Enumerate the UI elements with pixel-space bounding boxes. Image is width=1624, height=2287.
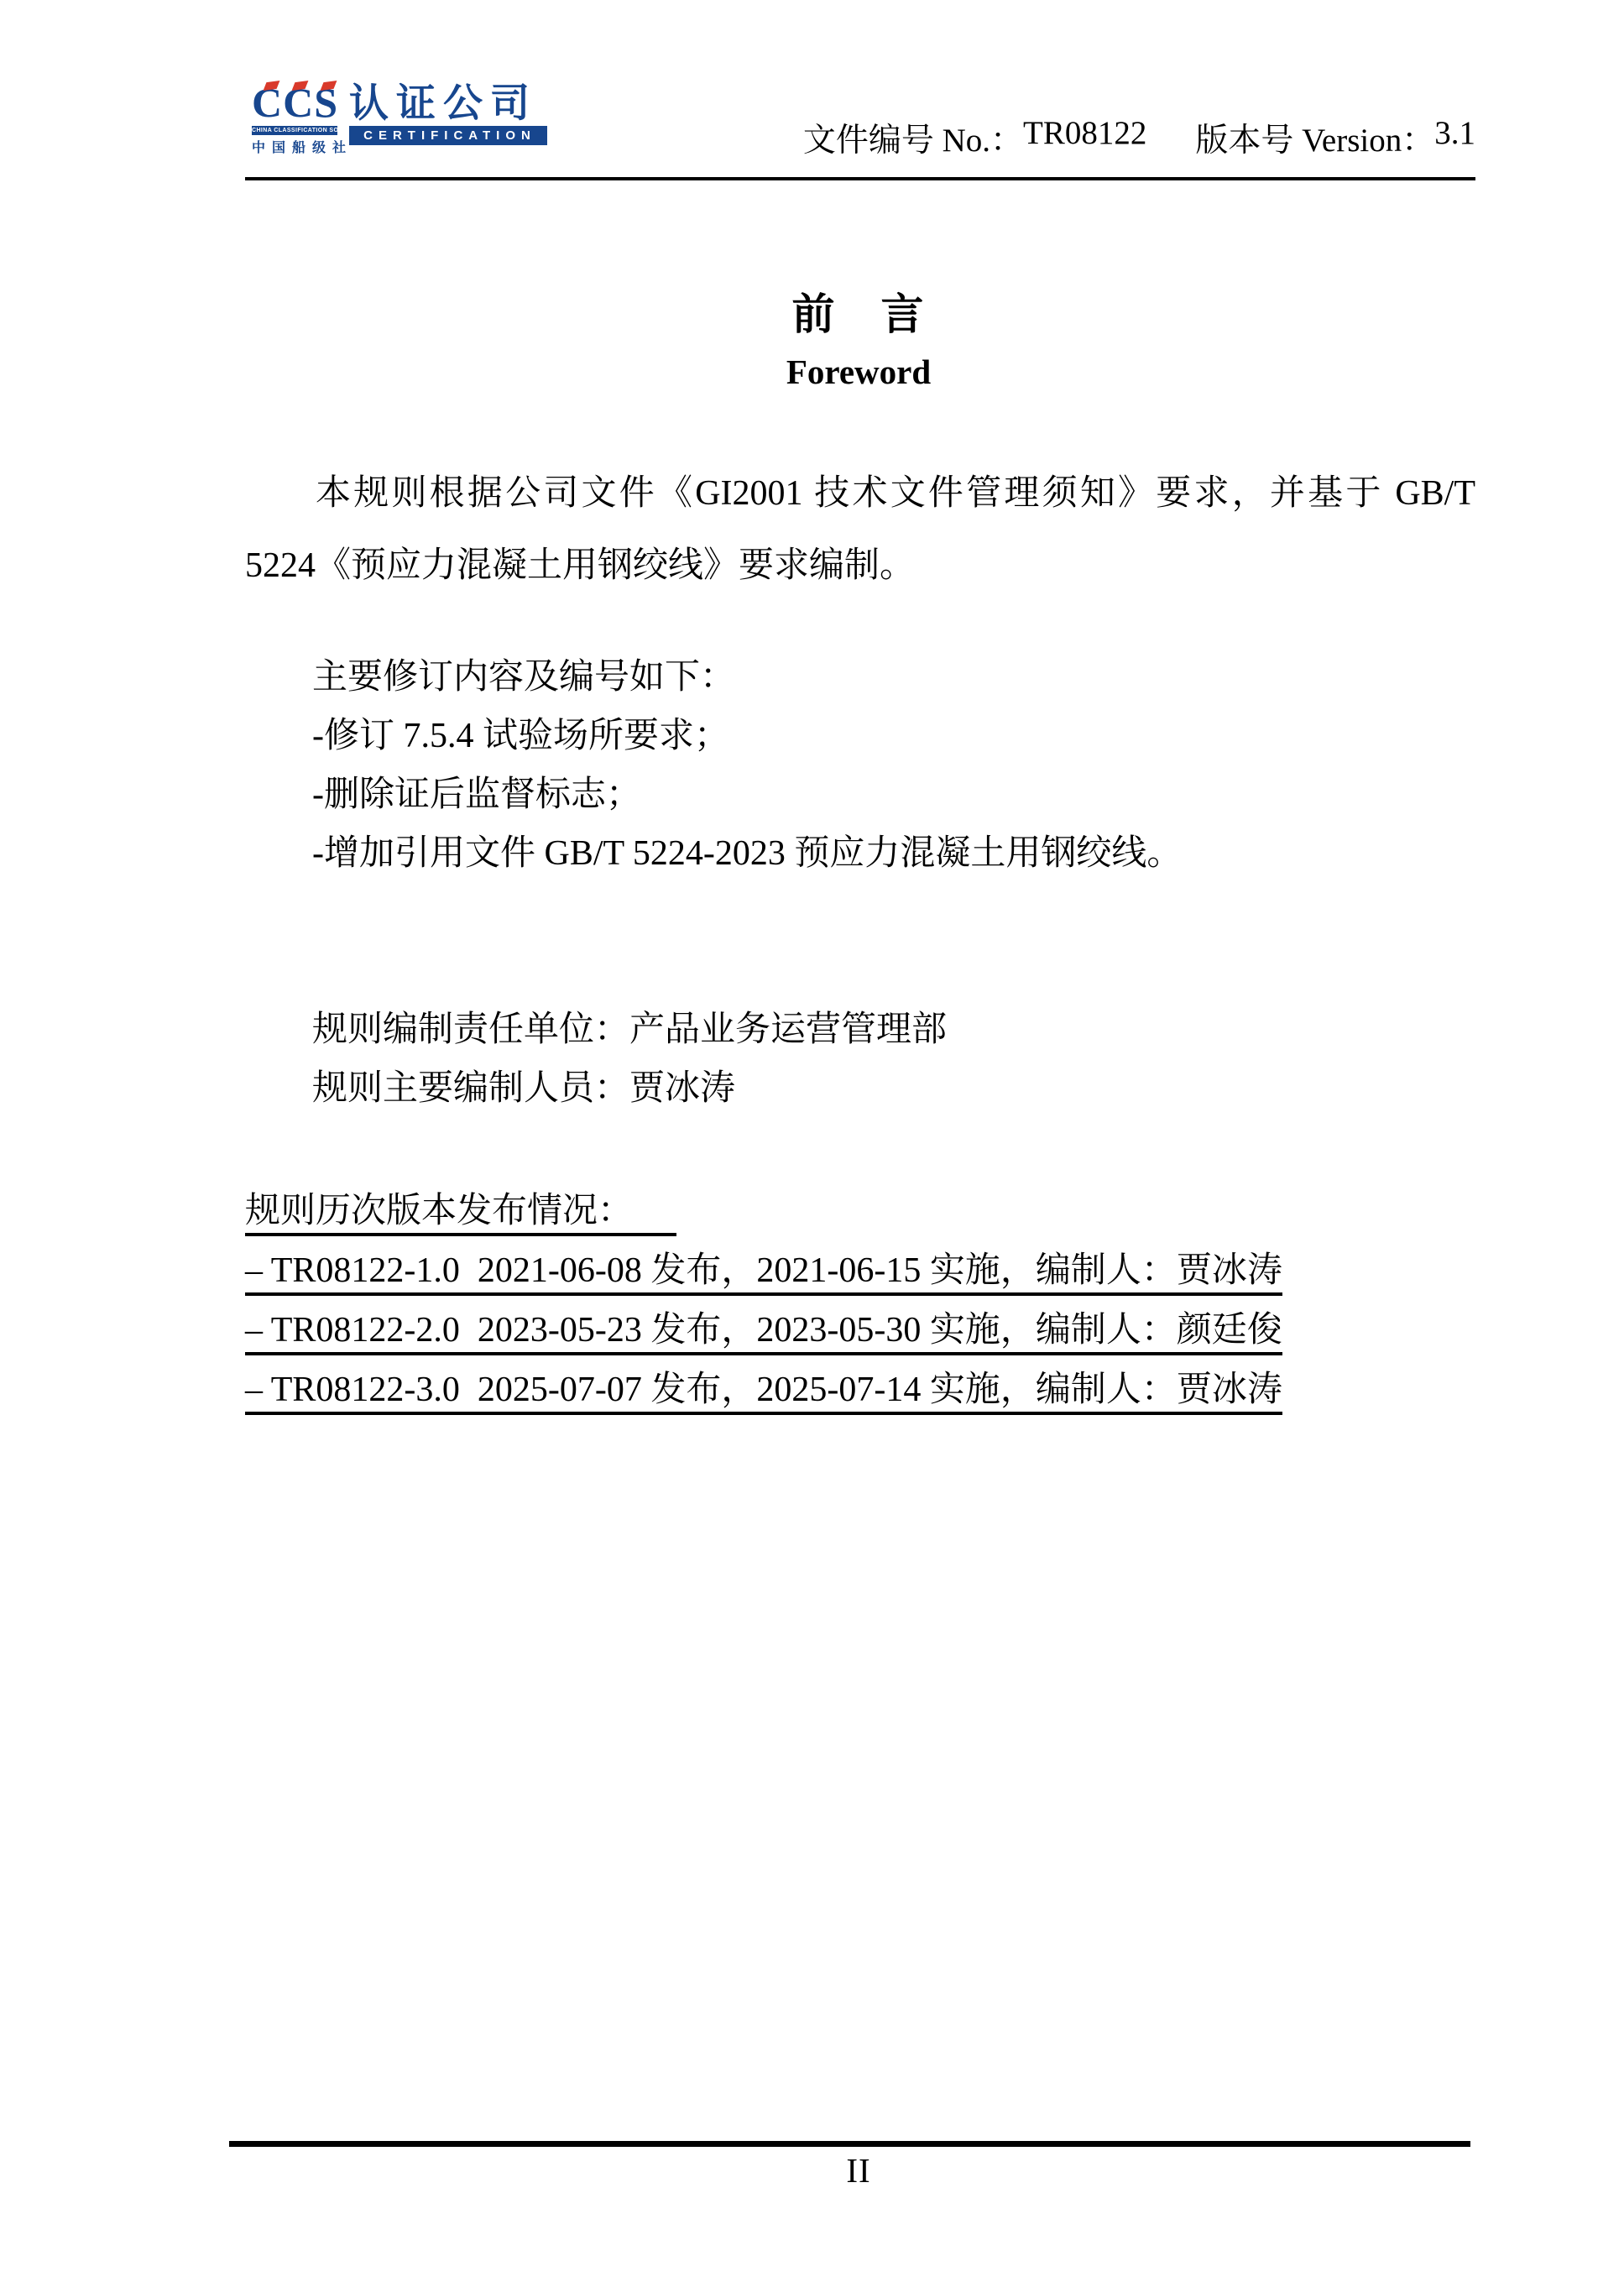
header-rule <box>245 177 1475 180</box>
version-value: 3.1 <box>1434 114 1475 161</box>
revision-item: -增加引用文件 GB/T 5224-2023 预应力混凝土用钢绞线。 <box>312 824 1475 883</box>
history-row: – TR08122-3.0 2025-07-07 发布，2025-07-14 实… <box>245 1360 1475 1420</box>
history-item: – TR08122-1.0 2021-06-08 发布，2021-06-15 实… <box>245 1251 1282 1296</box>
history-heading-row: 规则历次版本发布情况： <box>245 1182 1475 1241</box>
responsible-unit: 规则编制责任单位：产品业务运营管理部 <box>312 1000 1475 1059</box>
header-meta: 文件编号 No.：TR08122版本号 Version：3.1 <box>739 114 1475 161</box>
revision-intro: 主要修订内容及编号如下： <box>312 648 1475 707</box>
version-label: 版本号 Version： <box>1195 114 1434 161</box>
version-history-section: 规则历次版本发布情况： – TR08122-1.0 2021-06-08 发布，… <box>245 1182 1475 1420</box>
page-title-cn: 前 言 <box>243 279 1474 342</box>
ccs-mark: CCS <box>252 84 337 124</box>
ccs-logo-left: CCS CHINA CLASSIFICATION SOCIETY 中 国 船 级… <box>252 84 337 156</box>
history-item: – TR08122-2.0 2023-05-23 发布，2023-05-30 实… <box>245 1310 1282 1355</box>
intro-paragraph: 本规则根据公司文件《GI2001 技术文件管理须知》要求，并基于 GB/T 52… <box>245 457 1475 602</box>
ccs-logo-right: 认证公司 CERTIFICATION <box>349 84 547 156</box>
main-editor: 规则主要编制人员：贾冰涛 <box>312 1059 1475 1118</box>
document-page: CCS CHINA CLASSIFICATION SOCIETY 中 国 船 级… <box>0 0 1624 2287</box>
responsible-section: 规则编制责任单位：产品业务运营管理部 规则主要编制人员：贾冰涛 <box>245 1000 1475 1118</box>
revision-section: 主要修订内容及编号如下： -修订 7.5.4 试验场所要求； -删除证后监督标志… <box>245 648 1475 883</box>
ccs-subtitle-cn: 中 国 船 级 社 <box>252 137 337 156</box>
ccs-subtitle-en: CHINA CLASSIFICATION SOCIETY <box>252 126 337 135</box>
doc-no-label: 文件编号 No.： <box>803 114 1023 161</box>
history-item: – TR08122-3.0 2025-07-07 发布，2025-07-14 实… <box>245 1370 1282 1415</box>
page-number: II <box>243 2150 1474 2190</box>
logo-company-name-cn: 认证公司 <box>349 84 547 123</box>
logo-company-name-en: CERTIFICATION <box>349 126 547 145</box>
doc-no-value: TR08122 <box>1023 114 1146 161</box>
history-row: – TR08122-1.0 2021-06-08 发布，2021-06-15 实… <box>245 1241 1475 1301</box>
header-spacer <box>1146 114 1195 161</box>
history-heading: 规则历次版本发布情况： <box>245 1191 676 1236</box>
page-title-en: Foreword <box>243 352 1474 392</box>
history-row: – TR08122-2.0 2023-05-23 发布，2023-05-30 实… <box>245 1301 1475 1360</box>
ccs-logo: CCS CHINA CLASSIFICATION SOCIETY 中 国 船 级… <box>252 84 547 156</box>
revision-item: -修订 7.5.4 试验场所要求； <box>312 707 1475 765</box>
footer-rule <box>229 2141 1470 2147</box>
revision-item: -删除证后监督标志； <box>312 765 1475 824</box>
